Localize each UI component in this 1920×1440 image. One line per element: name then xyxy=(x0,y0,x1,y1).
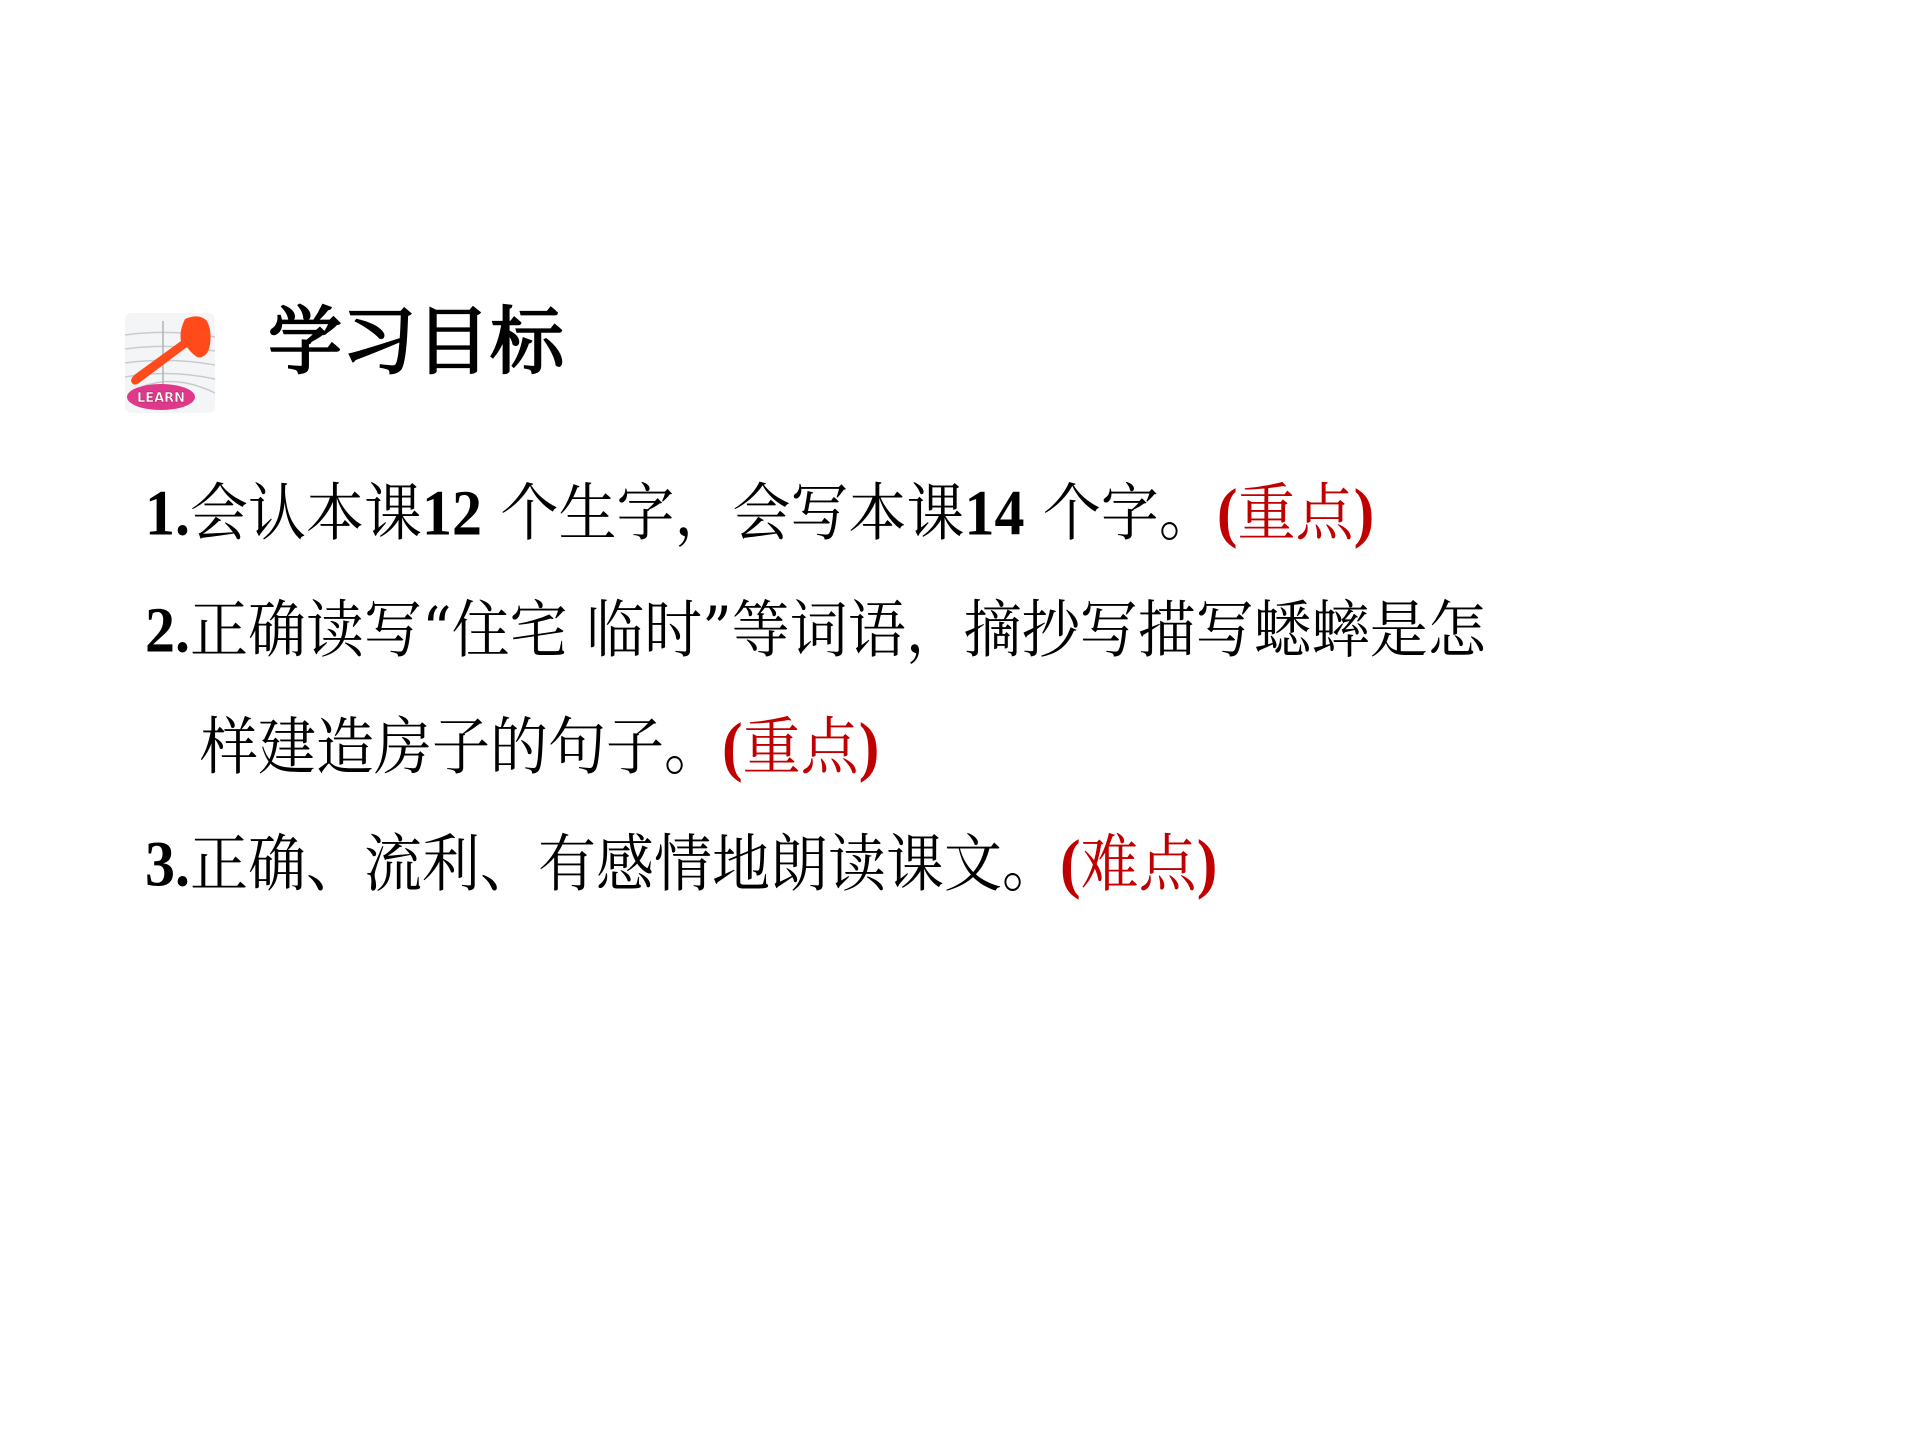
objective-text: 个字。 xyxy=(1024,476,1216,549)
objective-2: 2.正确读写“住宅 临时”等词语，摘抄写描写蟋蟀是怎 xyxy=(145,591,1486,717)
tag-open-paren: ( xyxy=(1060,827,1081,900)
difficult-point-tag: (难点) xyxy=(1060,829,1217,899)
objective-number: 1. xyxy=(145,477,190,548)
objective-3: 3.正确、流利、有感情地朗读课文。(难点) xyxy=(145,825,1217,951)
tag-close-paren: ) xyxy=(859,710,880,783)
objective-2-continued: 样建造房子的句子。(重点) xyxy=(200,708,879,834)
objective-text: 样建造房子的句子。 xyxy=(200,710,722,783)
objective-text: 正确、流利、有感情地朗读课文。 xyxy=(190,827,1060,900)
slide: LEARN 学习目标 1.会认本课12 个生字，会写本课14 个字。(重点) 2… xyxy=(0,0,1920,1440)
learn-dart-icon: LEARN xyxy=(125,313,215,413)
tag-close-paren: ) xyxy=(1354,476,1375,549)
tag-text: 难点 xyxy=(1081,827,1197,900)
objective-number: 3. xyxy=(145,828,190,899)
objective-text: 正确读写“住宅 临时”等词语，摘抄写描写蟋蟀是怎 xyxy=(190,593,1486,666)
objective-1: 1.会认本课12 个生字，会写本课14 个字。(重点) xyxy=(145,474,1374,600)
tag-text: 重点 xyxy=(1238,476,1354,549)
objective-number: 2. xyxy=(145,594,190,665)
tag-open-paren: ( xyxy=(1217,476,1238,549)
objective-number-value: 12 xyxy=(422,477,482,548)
tag-text: 重点 xyxy=(743,710,859,783)
objective-text: 个生字，会写本课 xyxy=(482,476,964,549)
page-title: 学习目标 xyxy=(268,296,564,388)
tag-open-paren: ( xyxy=(722,710,743,783)
objective-text: 会认本课 xyxy=(190,476,422,549)
objective-number-value: 14 xyxy=(964,477,1024,548)
key-point-tag: (重点) xyxy=(722,712,879,782)
tag-close-paren: ) xyxy=(1197,827,1218,900)
key-point-tag: (重点) xyxy=(1217,478,1374,548)
svg-text:LEARN: LEARN xyxy=(137,391,185,406)
